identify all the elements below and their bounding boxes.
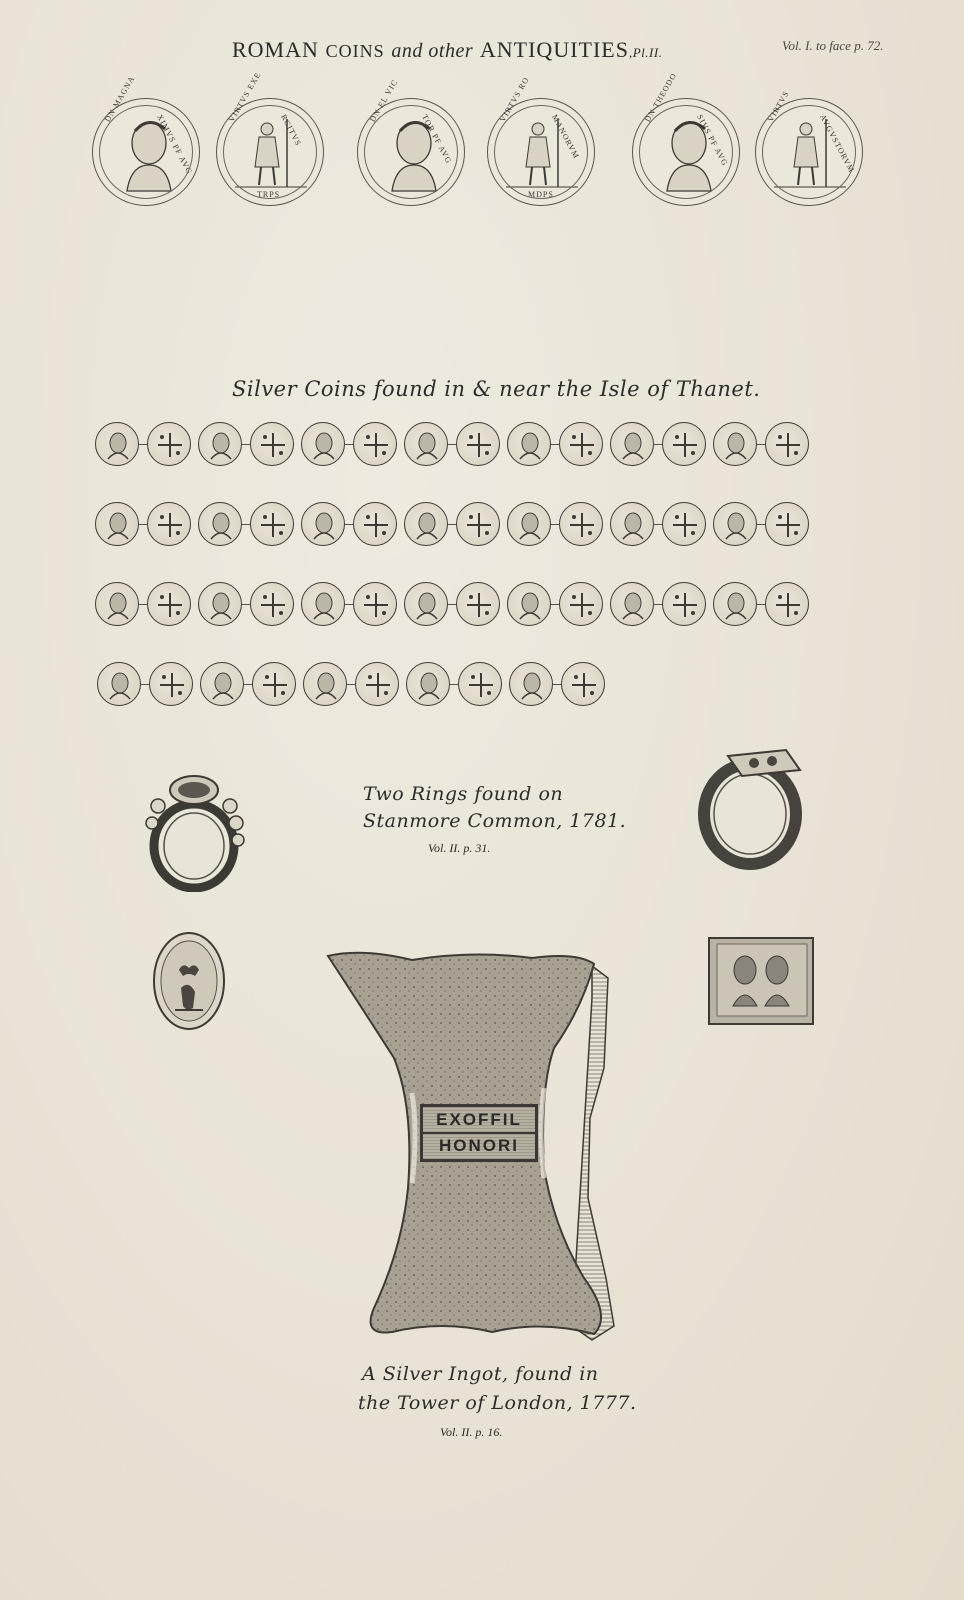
engraved-plate: ROMAN COINS and other ANTIQUITIES,Pl.II.… [0, 0, 964, 1600]
cross-icon [356, 663, 400, 707]
volume-reference: Vol. I. to face p. 72. [782, 38, 883, 54]
coin-pair-connector [141, 684, 149, 685]
cross-icon [354, 423, 398, 467]
head-icon [199, 583, 243, 627]
coin-exergue: TRPS [257, 190, 280, 199]
coin-pair-connector [551, 524, 559, 525]
cross-icon [663, 583, 707, 627]
rings-caption-line1: Two Rings found on [363, 783, 563, 805]
coin-legend-right: RCITVS [279, 113, 303, 148]
silver-coin [406, 662, 450, 706]
cross-icon [148, 503, 192, 547]
head-icon [714, 503, 758, 547]
silver-coin [559, 422, 603, 466]
silver-coin [95, 502, 139, 546]
cross-icon [354, 583, 398, 627]
cross-icon [150, 663, 194, 707]
head-icon [199, 503, 243, 547]
coin-pair-connector [345, 524, 353, 525]
silver-coin [250, 422, 294, 466]
cross-icon [251, 423, 295, 467]
silver-coin [149, 662, 193, 706]
silver-coin [765, 422, 809, 466]
silver-coin [353, 582, 397, 626]
ingot-stamp: EXOFFIL HONORI [420, 1104, 538, 1162]
ingot-caption-line1: A Silver Ingot, found in [362, 1363, 599, 1385]
head-icon [96, 503, 140, 547]
silver-coin [97, 662, 141, 706]
rings-caption-line2: Stanmore Common, 1781. [363, 810, 626, 832]
silver-coin [303, 662, 347, 706]
cross-icon [457, 503, 501, 547]
silver-coin [147, 502, 191, 546]
coin-pair-connector [139, 604, 147, 605]
coin-pair-connector [345, 444, 353, 445]
silver-coin [662, 582, 706, 626]
silver-coin [147, 582, 191, 626]
head-icon [611, 423, 655, 467]
head-icon [407, 663, 451, 707]
coin-exergue: MDPS [528, 190, 554, 199]
head-icon [508, 423, 552, 467]
silver-coin [198, 502, 242, 546]
cross-icon [148, 423, 192, 467]
coin-pair-connector [757, 604, 765, 605]
cross-icon [766, 423, 810, 467]
silver-coin [456, 422, 500, 466]
silver-coin [610, 582, 654, 626]
head-icon [304, 663, 348, 707]
silver-coin [507, 422, 551, 466]
head-icon [510, 663, 554, 707]
ingot-volume-reference: Vol. II. p. 16. [440, 1425, 502, 1440]
stamp-line1: EXOFFIL [436, 1108, 522, 1132]
silver-coin [250, 582, 294, 626]
title-roman: ROMAN [232, 37, 319, 62]
coin-pair-connector [347, 684, 355, 685]
silver-coin [509, 662, 553, 706]
silver-coin [250, 502, 294, 546]
coin-pair-connector [654, 524, 662, 525]
silver-coin [713, 582, 757, 626]
coin-pair-connector [450, 684, 458, 685]
coin-pair-connector [139, 524, 147, 525]
silver-coin [662, 422, 706, 466]
head-icon [508, 503, 552, 547]
silver-coin [200, 662, 244, 706]
head-icon [302, 423, 346, 467]
head-icon [714, 583, 758, 627]
silver-coin [713, 502, 757, 546]
head-icon [96, 583, 140, 627]
silver-coin [662, 502, 706, 546]
cross-icon [459, 663, 503, 707]
coin-pair-connector [448, 444, 456, 445]
title-and-other: and other [391, 40, 473, 62]
rings-volume-reference: Vol. II. p. 31. [428, 841, 490, 856]
silver-coin [458, 662, 502, 706]
cross-icon [562, 663, 606, 707]
coin-pair-connector [654, 604, 662, 605]
silver-coin [252, 662, 296, 706]
gem-two-busts [707, 936, 817, 1028]
silver-coin [301, 502, 345, 546]
head-icon [199, 423, 243, 467]
coin-legend-left: DN THEODO [643, 71, 678, 123]
plate-title: ROMAN COINS and other ANTIQUITIES,Pl.II. [232, 36, 662, 64]
coin-pair-connector [448, 524, 456, 525]
coin-pair-connector [244, 684, 252, 685]
silver-coin [95, 422, 139, 466]
coin-pair-connector [757, 524, 765, 525]
cross-icon [251, 583, 295, 627]
coin-pair-connector [551, 604, 559, 605]
ring-rectangular-bezel [692, 742, 812, 870]
silver-coins-caption: Silver Coins found in & near the Isle of… [232, 377, 760, 401]
title-antiquities: ANTIQUITIES [480, 37, 629, 62]
head-icon [201, 663, 245, 707]
head-icon [405, 423, 449, 467]
head-icon [96, 423, 140, 467]
head-icon [302, 503, 346, 547]
cross-icon [253, 663, 297, 707]
cross-icon [457, 423, 501, 467]
silver-coin [198, 582, 242, 626]
cross-icon [766, 503, 810, 547]
silver-coin [404, 422, 448, 466]
coin-pair-connector [345, 604, 353, 605]
silver-coin [404, 502, 448, 546]
silver-coin [147, 422, 191, 466]
coin-pair-connector [139, 444, 147, 445]
plate-number: ,Pl.II. [629, 45, 662, 60]
roman-coin-reverse: VIRTVS ROMANORVMMDPS [487, 98, 595, 206]
silver-coin [353, 422, 397, 466]
silver-coin [198, 422, 242, 466]
head-icon [405, 583, 449, 627]
silver-coin [404, 582, 448, 626]
silver-coin [301, 422, 345, 466]
coin-pair-connector [242, 524, 250, 525]
silver-coin [559, 582, 603, 626]
gem-intaglio-birds [151, 930, 227, 1032]
coin-legend-right: MANORVM [550, 113, 581, 161]
cross-icon [663, 423, 707, 467]
coin-pair-connector [757, 444, 765, 445]
silver-coin [765, 502, 809, 546]
silver-coin [559, 502, 603, 546]
silver-coin [95, 582, 139, 626]
coin-pair-connector [448, 604, 456, 605]
cross-icon [663, 503, 707, 547]
coin-pair-connector [553, 684, 561, 685]
cross-icon [354, 503, 398, 547]
silver-coin [507, 502, 551, 546]
coin-pair-connector [654, 444, 662, 445]
silver-coin [610, 502, 654, 546]
silver-coin [355, 662, 399, 706]
silver-coin [353, 502, 397, 546]
roman-coin-reverse: VIRTVS EXERCITVSTRPS [216, 98, 324, 206]
cross-icon [560, 423, 604, 467]
head-icon [98, 663, 142, 707]
roman-coin-reverse: VIRTVSAVGVSTORVM [755, 98, 863, 206]
silver-coin [561, 662, 605, 706]
coin-legend-left: VIRTVS EXE [227, 71, 263, 124]
ingot-caption-line2: the Tower of London, 1777. [358, 1392, 637, 1414]
silver-coin [456, 502, 500, 546]
cross-icon [766, 583, 810, 627]
title-coins: COINS [326, 41, 385, 61]
stamp-line2: HONORI [439, 1134, 519, 1158]
coin-pair-connector [242, 604, 250, 605]
cross-icon [251, 503, 295, 547]
silver-coin [713, 422, 757, 466]
head-icon [611, 503, 655, 547]
coin-pair-connector [551, 444, 559, 445]
silver-coin [507, 582, 551, 626]
roman-coin-obverse: DN MAGNAXIMVS PF AVG [92, 98, 200, 206]
silver-coin [301, 582, 345, 626]
cross-icon [560, 503, 604, 547]
cross-icon [560, 583, 604, 627]
roman-coin-obverse: DN THEODOSIVS PF AVG [632, 98, 740, 206]
silver-coin [610, 422, 654, 466]
head-icon [302, 583, 346, 627]
roman-coin-obverse: DN EL VICTOR PF AVG [357, 98, 465, 206]
silver-coin [456, 582, 500, 626]
ring-spiral-shoulders [138, 768, 250, 892]
silver-coin [765, 582, 809, 626]
head-icon [508, 583, 552, 627]
cross-icon [148, 583, 192, 627]
head-icon [611, 583, 655, 627]
head-icon [405, 503, 449, 547]
head-icon [714, 423, 758, 467]
cross-icon [457, 583, 501, 627]
coin-pair-connector [242, 444, 250, 445]
